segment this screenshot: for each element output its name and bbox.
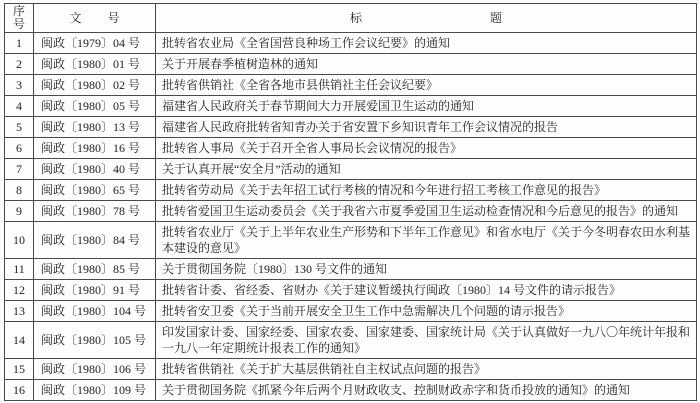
table-row: 13 闽政〔1980〕104 号 批转省安卫委《关于当前开展安全卫生工作中急需解… <box>5 301 697 322</box>
document-number: 闽政〔1980〕78 号 <box>34 201 156 222</box>
table-row: 14 闽政〔1980〕105 号 印发国家计委、国家经委、国家农委、国家建委、国… <box>5 322 697 359</box>
header-row: 序号 文号 标题 <box>5 4 697 33</box>
header-serial-number: 序号 <box>5 4 34 33</box>
table-row: 8 闽政〔1980〕65 号 批转省劳动局《关于去年招工试行考核的情况和今年进行… <box>5 180 697 201</box>
table-row: 10 闽政〔1980〕84 号 批转省农业厅《关于上半年农业生产形势和下半年工作… <box>5 222 697 259</box>
document-number: 闽政〔1980〕01 号 <box>34 54 156 75</box>
document-number: 闽政〔1980〕02 号 <box>34 75 156 96</box>
serial-number: 7 <box>5 159 34 180</box>
table-row: 4 闽政〔1980〕05 号 福建省人民政府关于春节期间大力开展爱国卫生运动的通… <box>5 96 697 117</box>
document-title: 批转省计委、省经委、省财办《关于建议暂缓执行闽政〔1980〕14 号文件的请示报… <box>156 280 697 301</box>
serial-number: 8 <box>5 180 34 201</box>
serial-number: 11 <box>5 259 34 280</box>
document-title: 福建省人民政府关于春节期间大力开展爱国卫生运动的通知 <box>156 96 697 117</box>
document-number: 闽政〔1980〕05 号 <box>34 96 156 117</box>
serial-number: 4 <box>5 96 34 117</box>
document-title: 关于认真开展“安全月”活动的通知 <box>156 159 697 180</box>
document-title: 福建省人民政府批转省知青办关于省安置下乡知识青年工作会议情况的报告 <box>156 117 697 138</box>
document-title: 关于开展春季植树造林的通知 <box>156 54 697 75</box>
document-number: 闽政〔1980〕13 号 <box>34 117 156 138</box>
document-number: 闽政〔1980〕109 号 <box>34 380 156 401</box>
table-row: 5 闽政〔1980〕13 号 福建省人民政府批转省知青办关于省安置下乡知识青年工… <box>5 117 697 138</box>
document-title: 关于贯彻国务院《抓紧今年后两个月财政收支、控制财政赤字和货币投放的通知》的通知 <box>156 380 697 401</box>
document-title: 批转省农业厅《关于上半年农业生产形势和下半年工作意见》和省水电厅《关于今冬明春农… <box>156 222 697 259</box>
table-row: 12 闽政〔1980〕91 号 批转省计委、省经委、省财办《关于建议暂缓执行闽政… <box>5 280 697 301</box>
document-title: 批转省人事局《关于召开全省人事局长会议情况的报告》 <box>156 138 697 159</box>
document-number: 闽政〔1979〕04 号 <box>34 33 156 54</box>
header-document-number-label: 文号 <box>69 11 145 25</box>
document-number: 闽政〔1980〕84 号 <box>34 222 156 259</box>
table-row: 2 闽政〔1980〕01 号 关于开展春季植树造林的通知 <box>5 54 697 75</box>
table-row: 7 闽政〔1980〕40 号 关于认真开展“安全月”活动的通知 <box>5 159 697 180</box>
document-title: 批转省安卫委《关于当前开展安全卫生工作中急需解决几个问题的请示报告》 <box>156 301 697 322</box>
serial-number: 3 <box>5 75 34 96</box>
document-number: 闽政〔1980〕104 号 <box>34 301 156 322</box>
document-title: 批转省劳动局《关于去年招工试行考核的情况和今年进行招工考核工作意见的报告》 <box>156 180 697 201</box>
document-number: 闽政〔1980〕40 号 <box>34 159 156 180</box>
table-row: 1 闽政〔1979〕04 号 批转省农业局《全省国营良种场工作会议纪要》的通知 <box>5 33 697 54</box>
table-row: 9 闽政〔1980〕78 号 批转省爱国卫生运动委员会《关于我省六市夏季爱国卫生… <box>5 201 697 222</box>
document-number: 闽政〔1980〕85 号 <box>34 259 156 280</box>
table-row: 11 闽政〔1980〕85 号 关于贯彻国务院〔1980〕130 号文件的通知 <box>5 259 697 280</box>
document-title: 批转省农业局《全省国营良种场工作会议纪要》的通知 <box>156 33 697 54</box>
document-number: 闽政〔1980〕106 号 <box>34 359 156 380</box>
serial-number: 12 <box>5 280 34 301</box>
serial-number: 5 <box>5 117 34 138</box>
document-title: 批转省爱国卫生运动委员会《关于我省六市夏季爱国卫生运动检查情况和今后意见的报告》… <box>156 201 697 222</box>
serial-number: 9 <box>5 201 34 222</box>
document-title: 印发国家计委、国家经委、国家农委、国家建委、国家统计局《关于认真做好一九八〇年统… <box>156 322 697 359</box>
document-number: 闽政〔1980〕65 号 <box>34 180 156 201</box>
header-serial-number-label: 序号 <box>12 5 26 31</box>
header-title: 标题 <box>156 4 697 33</box>
serial-number: 15 <box>5 359 34 380</box>
header-title-label: 标题 <box>350 11 630 25</box>
serial-number: 16 <box>5 380 34 401</box>
serial-number: 14 <box>5 322 34 359</box>
header-document-number: 文号 <box>34 4 156 33</box>
serial-number: 2 <box>5 54 34 75</box>
document-number: 闽政〔1980〕105 号 <box>34 322 156 359</box>
document-index-table: 序号 文号 标题 1 闽政〔1979〕04 号 批转省农业局《全省国营良种场工作… <box>4 3 697 401</box>
document-number: 闽政〔1980〕16 号 <box>34 138 156 159</box>
document-title: 批转省供销社《关于扩大基层供销社自主权试点问题的报告》 <box>156 359 697 380</box>
table-row: 6 闽政〔1980〕16 号 批转省人事局《关于召开全省人事局长会议情况的报告》 <box>5 138 697 159</box>
table-row: 3 闽政〔1980〕02 号 批转省供销社《全省各地市县供销社主任会议纪要》 <box>5 75 697 96</box>
serial-number: 1 <box>5 33 34 54</box>
document-title: 批转省供销社《全省各地市县供销社主任会议纪要》 <box>156 75 697 96</box>
document-title: 关于贯彻国务院〔1980〕130 号文件的通知 <box>156 259 697 280</box>
serial-number: 6 <box>5 138 34 159</box>
serial-number: 10 <box>5 222 34 259</box>
document-number: 闽政〔1980〕91 号 <box>34 280 156 301</box>
serial-number: 13 <box>5 301 34 322</box>
table-row: 16 闽政〔1980〕109 号 关于贯彻国务院《抓紧今年后两个月财政收支、控制… <box>5 380 697 401</box>
table-row: 15 闽政〔1980〕106 号 批转省供销社《关于扩大基层供销社自主权试点问题… <box>5 359 697 380</box>
